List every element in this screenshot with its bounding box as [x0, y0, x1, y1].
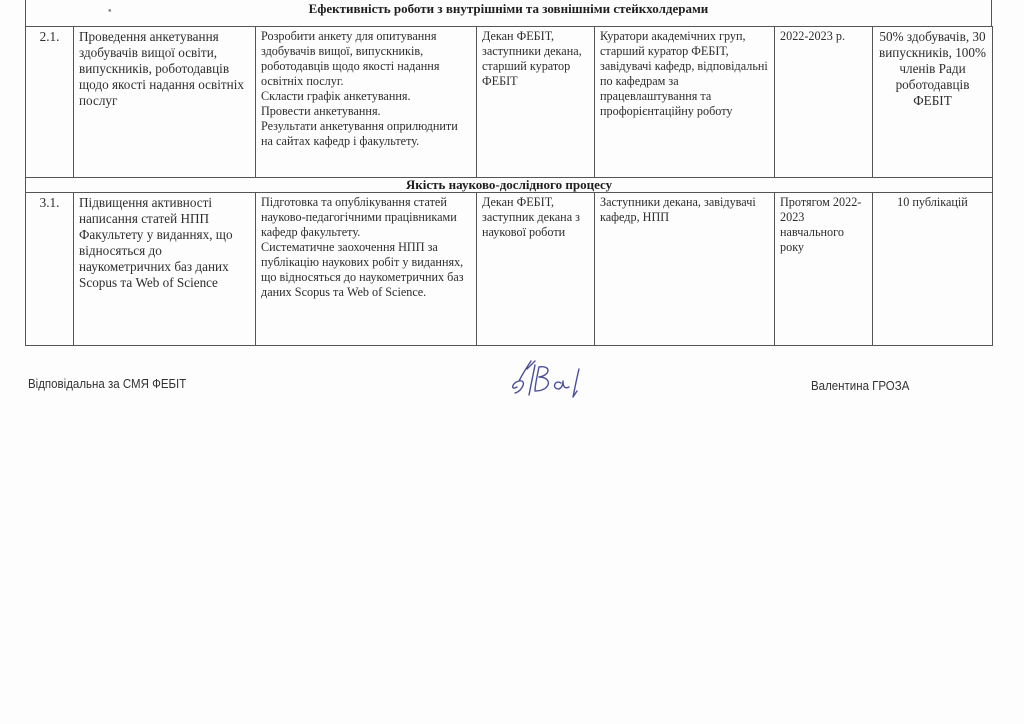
- section-title-text: Ефективність роботи з внутрішніми та зов…: [309, 1, 709, 16]
- scan-mark: •: [108, 4, 112, 20]
- table-row: 3.1. Підвищення активності написання ста…: [26, 193, 993, 346]
- section-header-row: Якість науково-дослідного процесу: [26, 178, 993, 193]
- document-page: • Ефективність роботи з внутрішніми та з…: [0, 0, 1024, 724]
- indicator-cell: 10 публікацій: [873, 193, 993, 346]
- row-number: 2.1.: [26, 27, 74, 178]
- measures-cell: Розробити анкету для опитування здобувач…: [256, 27, 477, 178]
- signer-name: Валентина ГРОЗА: [811, 379, 909, 393]
- indicator-cell: 50% здобувачів, 30 випускників, 100% чле…: [873, 27, 993, 178]
- action-plan-table: 2.1. Проведення анкетування здобувачів в…: [25, 26, 993, 346]
- activity-cell: Проведення анкетування здобувачів вищої …: [74, 27, 256, 178]
- executors-cell: Куратори академічних груп, старший курат…: [595, 27, 775, 178]
- section-title-research: Якість науково-дослідного процесу: [26, 178, 993, 193]
- responsible-cell: Декан ФЕБІТ, заступники декана, старший …: [477, 27, 595, 178]
- executors-cell: Заступники декана, завідувачі кафедр, НП…: [595, 193, 775, 346]
- term-cell: 2022-2023 р.: [775, 27, 873, 178]
- signature-icon: [505, 357, 605, 402]
- responsible-cell: Декан ФЕБІТ, заступник декана з наукової…: [477, 193, 595, 346]
- table-row: 2.1. Проведення анкетування здобувачів в…: [26, 27, 993, 178]
- activity-cell: Підвищення активності написання статей Н…: [74, 193, 256, 346]
- section-title-stakeholders: • Ефективність роботи з внутрішніми та з…: [25, 0, 992, 26]
- measures-cell: Підготовка та опублікування статей науко…: [256, 193, 477, 346]
- row-number: 3.1.: [26, 193, 74, 346]
- footer-position-label: Відповідальна за СМЯ ФЕБІТ: [28, 377, 186, 391]
- term-cell: Протягом 2022-2023 навчального року: [775, 193, 873, 346]
